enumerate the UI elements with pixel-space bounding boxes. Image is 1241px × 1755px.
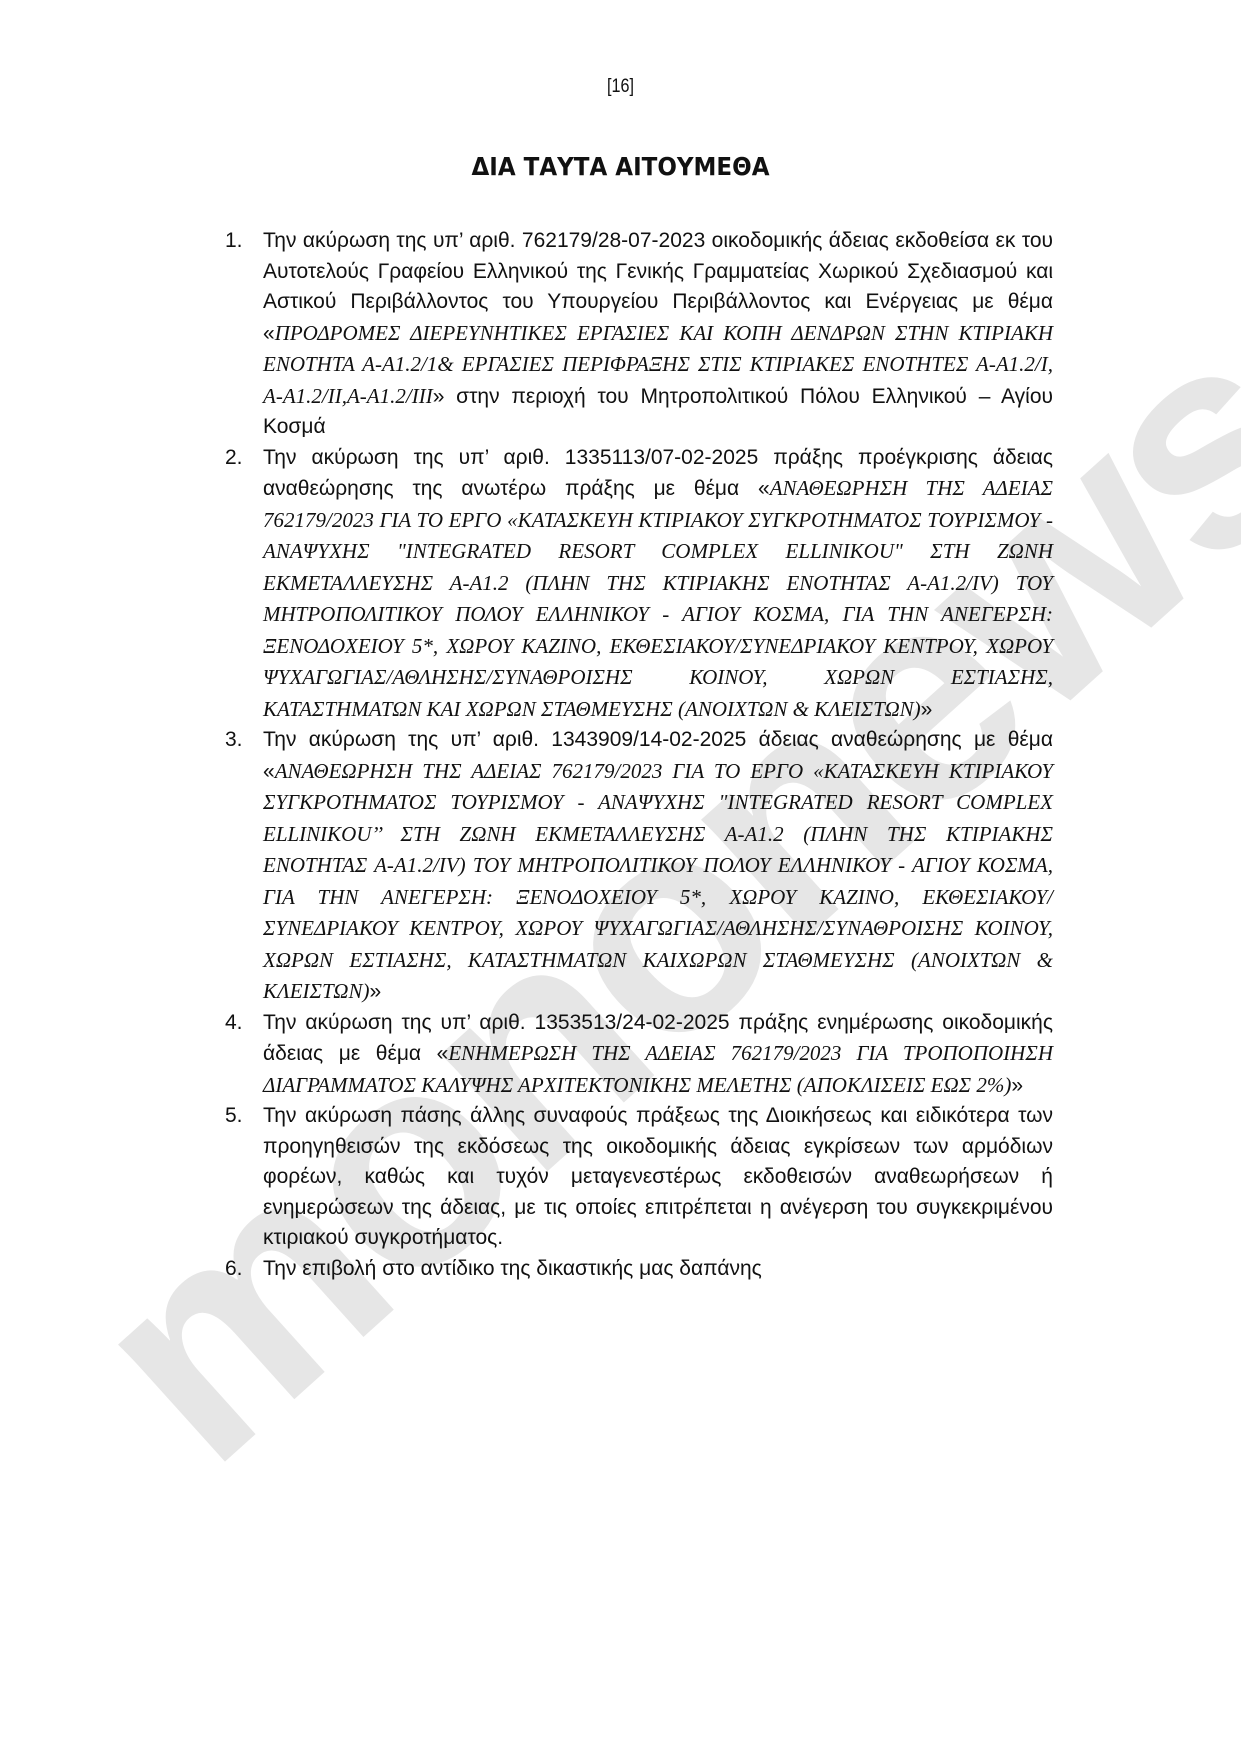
item-number: 2.	[225, 443, 243, 474]
section-heading: ΔΙΑ ΤΑΥΤΑ ΑΙΤΟΥΜΕΘΑ	[50, 152, 1192, 181]
requests-list: 1. Την ακύρωση της υπ’ αριθ. 762179/28-0…	[225, 226, 1053, 1284]
list-item: 4. Την ακύρωση της υπ’ αριθ. 1353513/24-…	[225, 1008, 1053, 1102]
list-item: 6. Την επιβολή στο αντίδικο της δικαστικ…	[225, 1254, 1053, 1285]
item-text-end: »	[1011, 1074, 1023, 1097]
item-number: 1.	[225, 226, 243, 257]
list-item: 1. Την ακύρωση της υπ’ αριθ. 762179/28-0…	[225, 226, 1053, 443]
item-subject: ΑΝΑΘΕΩΡΗΣΗ ΤΗΣ ΑΔΕΙΑΣ 762179/2023 ΓΙΑ ΤΟ…	[263, 759, 1053, 1004]
item-number: 6.	[225, 1254, 243, 1285]
item-subject: ΑΝΑΘΕΩΡΗΣΗ ΤΗΣ ΑΔΕΙΑΣ 762179/2023 ΓΙΑ ΤΟ…	[263, 476, 1053, 721]
item-text-end: »	[369, 980, 381, 1003]
item-text-end: »	[921, 698, 933, 721]
list-item: 2. Την ακύρωση της υπ’ αριθ. 1335113/07-…	[225, 443, 1053, 726]
page-number: [16]	[93, 76, 1148, 98]
document-page: mononews [16] ΔΙΑ ΤΑΥΤΑ ΑΙΤΟΥΜΕΘΑ 1. Την…	[0, 0, 1241, 1755]
list-item: 5. Την ακύρωση πάσης άλλης συναφούς πράξ…	[225, 1101, 1053, 1254]
item-text: Την επιβολή στο αντίδικο της δικαστικής …	[263, 1257, 762, 1280]
item-text: Την ακύρωση πάσης άλλης συναφούς πράξεως…	[263, 1104, 1053, 1249]
item-number: 4.	[225, 1008, 243, 1039]
list-item: 3. Την ακύρωση της υπ’ αριθ. 1343909/14-…	[225, 725, 1053, 1008]
item-number: 3.	[225, 725, 243, 756]
item-number: 5.	[225, 1101, 243, 1132]
